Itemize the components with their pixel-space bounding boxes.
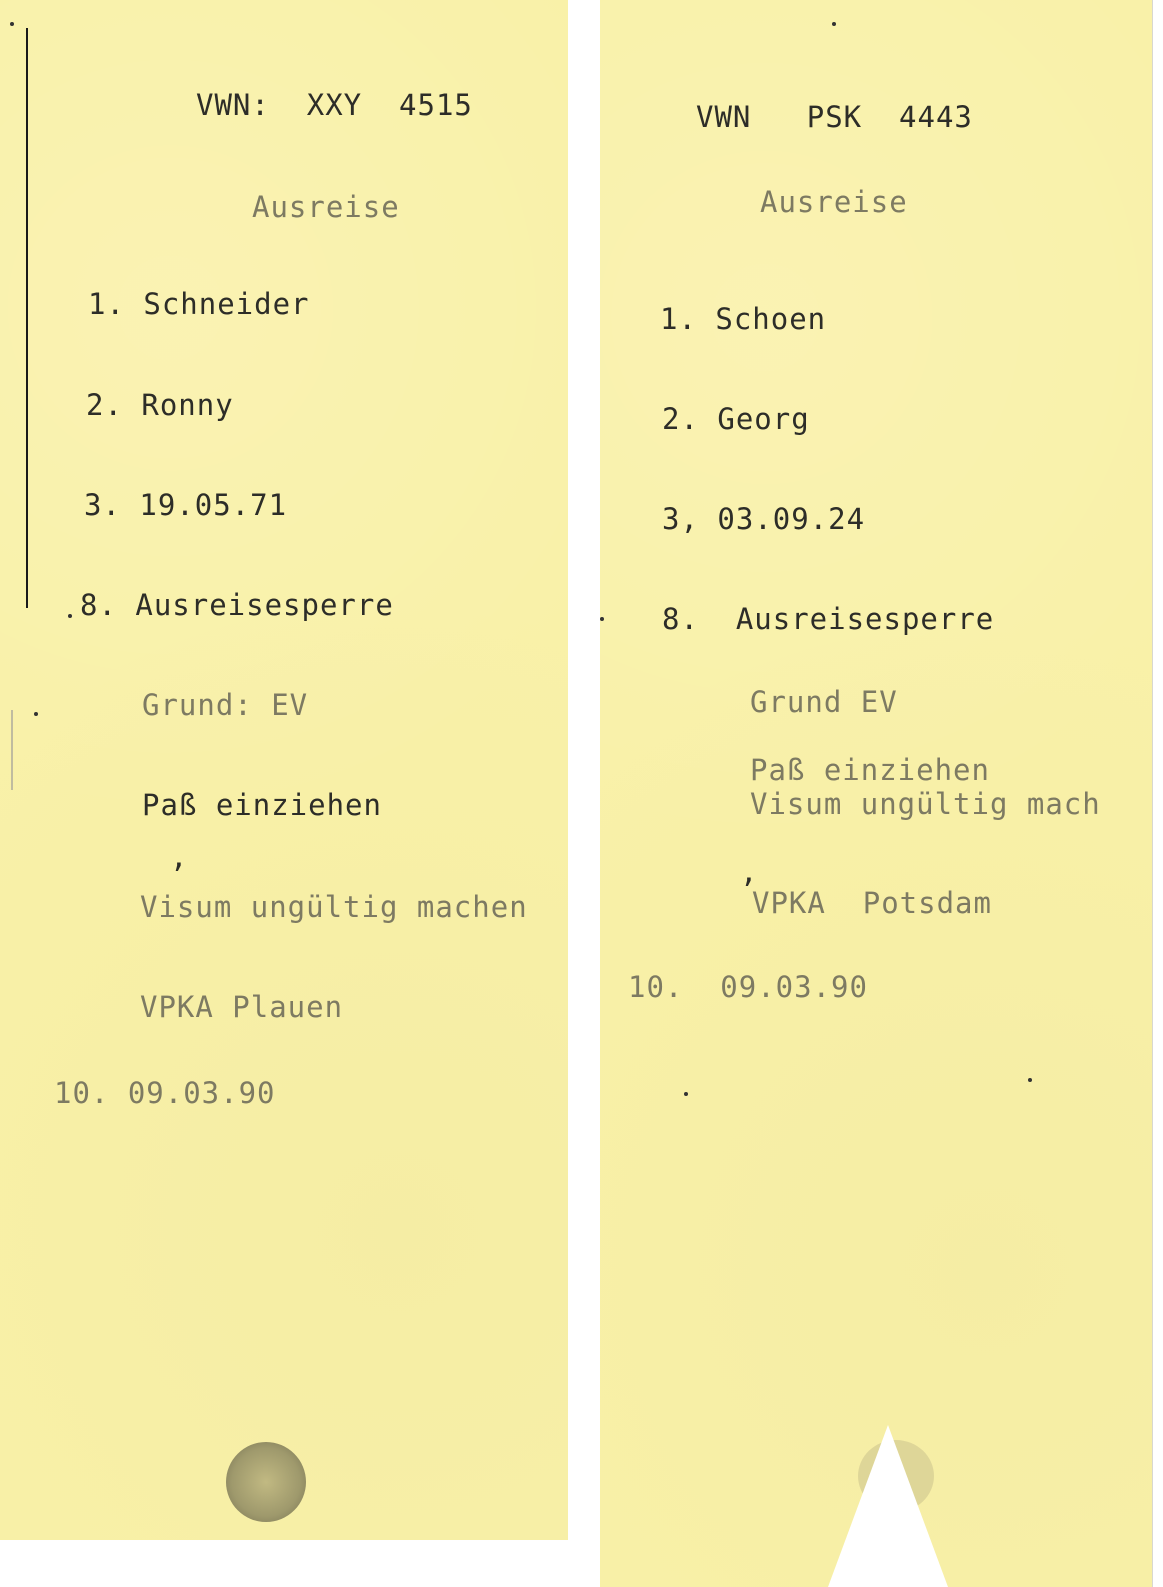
card-title: Ausreise	[760, 185, 908, 219]
field-passport-action: Paß einziehen	[750, 753, 990, 787]
field-date: 10. 09.03.90	[628, 970, 868, 1004]
comma-mark: ,	[740, 855, 758, 889]
speck	[600, 617, 604, 621]
field-visa-action: Visum ungültig mach	[750, 787, 1101, 821]
field-status: 8. Ausreisesperre	[662, 602, 994, 636]
field-office: VPKA Plauen	[140, 990, 343, 1024]
field-reason: Grund EV	[750, 685, 898, 719]
index-card-left: VWN: XXY 4515 Ausreise 1. Schneider 2. R…	[0, 0, 568, 1540]
field-office: VPKA Potsdam	[752, 886, 992, 920]
field-first-name: 2. Ronny	[86, 388, 234, 422]
field-visa-action: Visum ungültig machen	[140, 890, 528, 924]
comma-mark: ,	[170, 840, 188, 874]
speck	[684, 1092, 688, 1096]
triangular-notch	[828, 1425, 948, 1587]
speck	[832, 22, 836, 26]
punch-hole	[226, 1442, 306, 1522]
card-header: VWN: XXY 4515	[196, 88, 473, 122]
speck	[1028, 1078, 1032, 1082]
index-card-right: VWN PSK 4443 Ausreise 1. Schoen 2. Georg…	[600, 0, 1153, 1587]
margin-line	[11, 710, 13, 790]
card-header: VWN PSK 4443	[696, 100, 973, 134]
field-first-name: 2. Georg	[662, 402, 810, 436]
speck	[10, 22, 14, 26]
field-surname: 1. Schoen	[660, 302, 826, 336]
speck	[68, 614, 72, 618]
field-surname: 1. Schneider	[88, 287, 310, 321]
card-title: Ausreise	[252, 190, 400, 224]
field-status: 8. Ausreisesperre	[80, 588, 394, 622]
margin-line	[26, 28, 28, 608]
speck	[34, 712, 38, 716]
field-passport-action: Paß einziehen	[142, 788, 382, 822]
field-date: 10. 09.03.90	[54, 1076, 276, 1110]
field-reason: Grund: EV	[142, 688, 308, 722]
field-birth-date: 3, 03.09.24	[662, 502, 865, 536]
field-birth-date: 3. 19.05.71	[84, 488, 287, 522]
